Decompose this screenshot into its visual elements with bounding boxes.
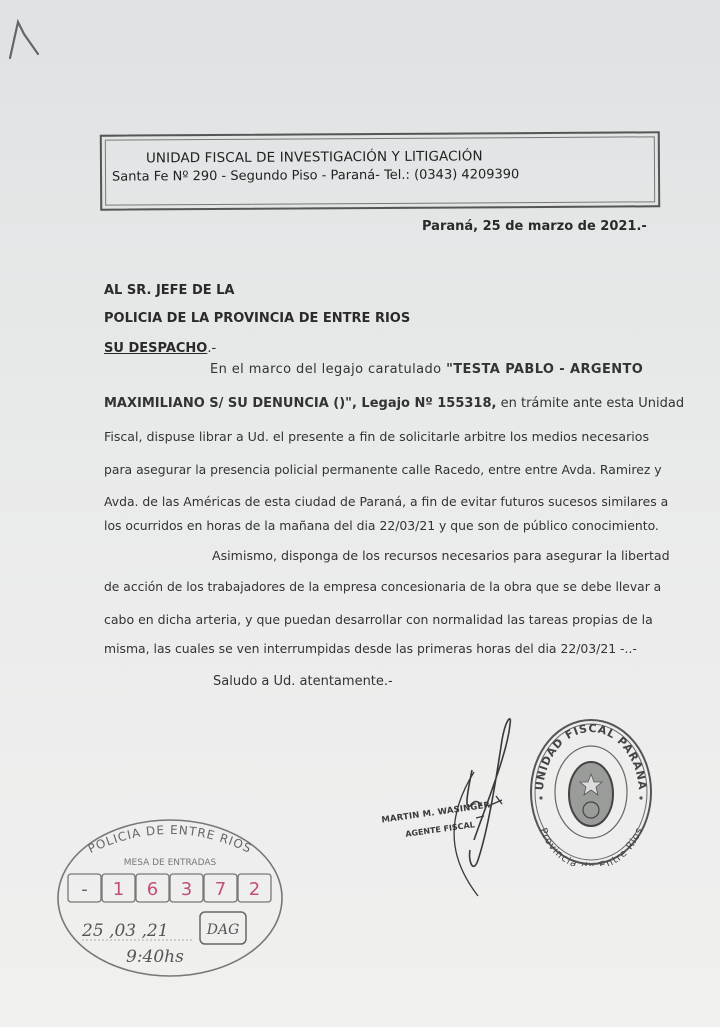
entry-number-digit: 6 xyxy=(147,879,158,900)
addressee-line-3: SU DESPACHO.- xyxy=(104,341,216,356)
svg-text:POLICIA DE ENTRE RIOS: POLICIA DE ENTRE RIOS xyxy=(86,823,254,856)
stamp-subtitle: MESA DE ENTRADAS xyxy=(124,858,217,868)
stamp-date: 25 ,03 ,21 xyxy=(81,921,169,941)
letterhead-address: Santa Fe Nº 290 - Segundo Piso - Paraná-… xyxy=(112,167,519,184)
letterhead-box: UNIDAD FISCAL DE INVESTIGACIÓN Y LITIGAC… xyxy=(100,131,660,210)
entry-number-digit: 1 xyxy=(113,879,124,900)
letter-date: Paraná, 25 de marzo de 2021.- xyxy=(422,219,647,234)
paragraph-1-line-5: Avda. de las Américas de esta ciudad de … xyxy=(104,494,662,509)
entry-number-digit: 2 xyxy=(249,879,260,900)
paragraph-1-line-2: MAXIMILIANO S/ SU DENUNCIA ()", Legajo N… xyxy=(104,396,662,411)
su-despacho: SU DESPACHO xyxy=(104,341,207,356)
paragraph-1-line-6: los ocurridos en horas de la mañana del … xyxy=(104,518,662,533)
text: en trámite ante esta Unidad xyxy=(496,396,684,411)
official-seal: UNIDAD FISCAL PARANA Provincia de Entre … xyxy=(527,716,655,866)
paragraph-2-line-1: Asimismo, disponga de los recursos neces… xyxy=(212,548,662,563)
paragraph-1-line-4: para asegurar la presencia policial perm… xyxy=(104,462,662,477)
suffix: .- xyxy=(207,341,216,356)
letterhead-title: UNIDAD FISCAL DE INVESTIGACIÓN Y LITIGAC… xyxy=(146,148,483,166)
addressee-line-1: AL SR. JEFE DE LA xyxy=(104,283,235,298)
stamp-initials: DAG xyxy=(206,922,240,938)
paragraph-2-line-2: de acción de los trabajadores de la empr… xyxy=(104,580,662,594)
case-number-bold: MAXIMILIANO S/ SU DENUNCIA ()", Legajo N… xyxy=(104,396,496,411)
scanned-document-page: UNIDAD FISCAL DE INVESTIGACIÓN Y LITIGAC… xyxy=(0,0,720,1027)
stamp-title: POLICIA DE ENTRE RIOS xyxy=(86,823,254,856)
paragraph-1-line-1: En el marco del legajo caratulado "TESTA… xyxy=(210,362,662,377)
entry-number-digit: 7 xyxy=(215,879,226,900)
addressee-line-2: POLICIA DE LA PROVINCIA DE ENTRE RIOS xyxy=(104,311,410,326)
stamp-time: 9:40hs xyxy=(126,947,184,967)
text: En el marco del legajo caratulado xyxy=(210,362,446,377)
entry-number-digit: 3 xyxy=(181,879,192,900)
case-title-bold: "TESTA PABLO - ARGENTO xyxy=(446,362,643,377)
paragraph-1-line-3: Fiscal, dispuse librar a Ud. el presente… xyxy=(104,429,662,444)
entry-number-boxes: -16372 xyxy=(68,874,271,902)
reception-stamp: POLICIA DE ENTRE RIOS MESA DE ENTRADAS -… xyxy=(52,812,288,980)
handwritten-corner-mark xyxy=(4,14,44,64)
closing-line: Saludo a Ud. atentamente.- xyxy=(213,674,720,689)
paragraph-2-line-4: misma, las cuales se ven interrumpidas d… xyxy=(104,641,662,656)
entry-number-digit: - xyxy=(81,879,88,900)
paragraph-2-line-3: cabo en dicha arteria, y que puedan desa… xyxy=(104,612,662,627)
